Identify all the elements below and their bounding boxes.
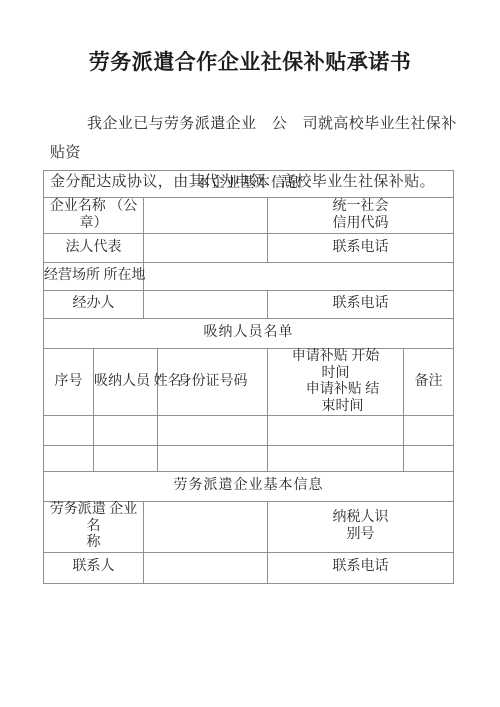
personnel-cell-name (94, 446, 158, 472)
section-header-company-info: 本企业基本信息 (44, 171, 454, 198)
personnel-cell-remarks (404, 446, 454, 472)
credit-code-label: 统一社会 信用代码 (333, 199, 389, 232)
personnel-cell-remarks (404, 416, 454, 446)
dispatch-contact-label: 联系人 (44, 552, 144, 583)
legal-rep-value (144, 234, 268, 263)
handler-value (144, 291, 268, 319)
dispatch-company-name-value (144, 502, 268, 553)
dispatch-phone-label: 联系电话 (268, 552, 454, 583)
personnel-empty-row (44, 446, 454, 472)
company-name-value (144, 198, 268, 234)
legal-rep-label: 法人代表 (44, 234, 144, 263)
document-page: 劳务派遣合作企业社保补贴承诺书 我企业已与劳务派遣企业 公 司就高校毕业生社保补… (0, 0, 500, 707)
dispatch-contact-value (144, 552, 268, 583)
handler-label: 经办人 (44, 291, 144, 319)
personnel-col-name: 吸纳人员 姓名 (94, 349, 158, 416)
taxpayer-id-cell: 纳税人识 别号 (268, 502, 454, 553)
personnel-cell-subsidy-period (268, 416, 404, 446)
dispatch-company-name-label: 劳务派遣 企业名 称 (44, 502, 144, 553)
personnel-empty-row (44, 416, 454, 446)
personnel-cell-id-number (158, 446, 268, 472)
credit-code-cell: 统一社会 信用代码 (268, 198, 454, 234)
legal-rep-phone-label: 联系电话 (268, 234, 454, 263)
section-header-dispatch-company-info: 劳务派遣企业基本信息 (44, 472, 454, 502)
premises-value (144, 263, 454, 291)
commitment-form-table: 本企业基本信息 企业名称 （公 章） 统一社会 信用代码 法人代表 联系电话 经… (43, 170, 454, 584)
personnel-col-subsidy-start: 申请补贴 开始 时间 (292, 349, 380, 382)
personnel-cell-subsidy-period (268, 446, 404, 472)
taxpayer-id-label: 纳税人识 别号 (333, 510, 389, 543)
personnel-col-remarks: 备注 (404, 349, 454, 416)
personnel-cell-serial-no (44, 416, 94, 446)
personnel-cell-serial-no (44, 446, 94, 472)
document-title: 劳务派遣合作企业社保补贴承诺书 (0, 50, 500, 76)
personnel-col-subsidy-end: 申请补贴 结 束时间 (306, 382, 380, 415)
premises-label: 经营场所 所在地 (44, 263, 144, 291)
personnel-cell-id-number (158, 416, 268, 446)
company-name-label: 企业名称 （公 章） (44, 198, 144, 234)
handler-phone-label: 联系电话 (268, 291, 454, 319)
personnel-col-subsidy-period: 申请补贴 开始 时间申请补贴 结 束时间 (268, 349, 404, 416)
section-header-personnel-list: 吸纳人员名单 (44, 319, 454, 349)
personnel-col-serial-no: 序号 (44, 349, 94, 416)
personnel-cell-name (94, 416, 158, 446)
